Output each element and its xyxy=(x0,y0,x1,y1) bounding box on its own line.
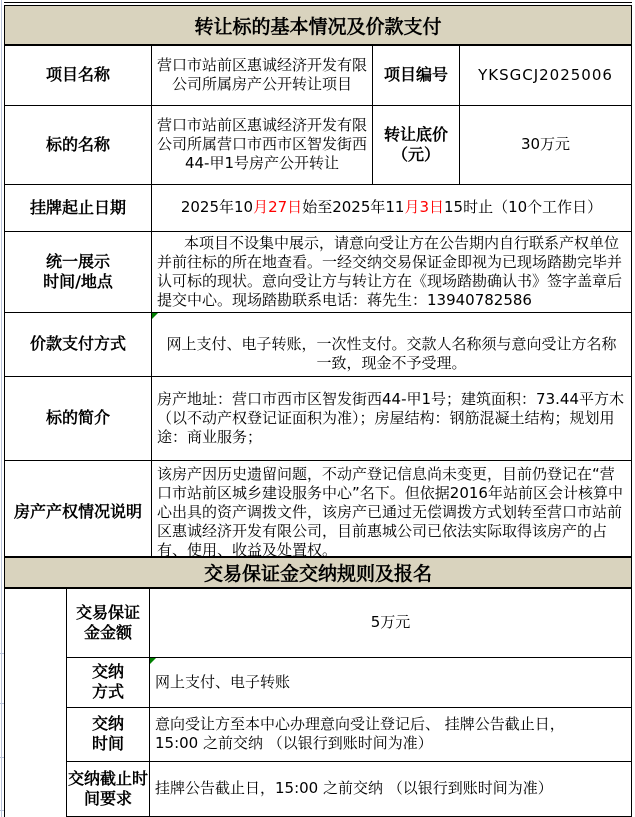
transfer-basic-info-table: 转让标的基本情况及价款支付 项目名称 营口市站前区惠诚经济开发有限 公司所属房产… xyxy=(4,2,632,565)
deposit-method-value: 网上支付、电子转账 xyxy=(150,657,632,707)
deposit-deadline-value: 挂牌公告截止日，15:00 之前交纳 （以银行到账时间为准） xyxy=(150,761,632,816)
spreadsheet-page: 转让标的基本情况及价款支付 项目名称 营口市站前区惠诚经济开发有限 公司所属房产… xyxy=(0,0,635,817)
target-name-value: 营口市站前区惠诚经济开发有限 公司所属营口市西市区智发街西 44-甲1号房产公开… xyxy=(152,105,373,184)
deposit-deadline-label: 交纳截止时 间要求 xyxy=(67,761,150,816)
deposit-amount-value: 5万元 xyxy=(150,588,632,657)
display-time-label: 统一展示 时间/地点 xyxy=(5,231,152,312)
payment-method-label: 价款支付方式 xyxy=(5,312,152,376)
project-code-label: 项目编号 xyxy=(373,45,460,105)
project-name-value: 营口市站前区惠诚经济开发有限 公司所属房产公开转让项目 xyxy=(152,45,373,105)
target-intro-label: 标的简介 xyxy=(5,376,152,460)
deposit-rules-table: 交易保证金交纳规则及报名 交易保证 金金额 5万元 交纳 方式 网上支付、电子转… xyxy=(4,556,632,817)
deposit-amount-label: 交易保证 金金额 xyxy=(67,588,150,657)
display-time-value: 本项目不设集中展示，请意向受让方在公告期内自行联系产权单位并前往标的所在地查看。… xyxy=(152,231,632,312)
deposit-time-value: 意向受让方至本中心办理意向受让登记后、 挂牌公告截止日， 15:00 之前交纳 … xyxy=(150,707,632,761)
left-gridline xyxy=(1,0,2,817)
listing-period-label: 挂牌起止日期 xyxy=(5,184,152,231)
ownership-note-value: 该房产因历史遗留问题，不动产登记信息尚未变更，目前仍登记在“营口市站前区城乡建设… xyxy=(152,460,632,564)
project-code-value: YKSGCJ2025006 xyxy=(460,45,632,105)
section-title-deposit-rules: 交易保证金交纳规则及报名 xyxy=(5,557,632,588)
deposit-method-label: 交纳 方式 xyxy=(67,657,150,707)
comment-indicator-icon xyxy=(152,313,158,319)
deposit-time-label: 交纳 时间 xyxy=(67,707,150,761)
floor-price-value: 30万元 xyxy=(460,105,632,184)
target-intro-value: 房产地址：营口市西市区智发街西44-甲1号；建筑面积：73.44平方木（以不动产… xyxy=(152,376,632,460)
comment-indicator-icon xyxy=(150,658,156,664)
row-group-spacer-cell xyxy=(5,588,67,817)
floor-price-label: 转让底价 （元） xyxy=(373,105,460,184)
ownership-note-label: 房产产权情况说明 xyxy=(5,460,152,564)
listing-period-value: 2025年10月27日始至2025年11月3日15时止（10个工作日） xyxy=(152,184,632,231)
section-title-transfer-info: 转让标的基本情况及价款支付 xyxy=(5,4,632,45)
project-name-label: 项目名称 xyxy=(5,45,152,105)
target-name-label: 标的名称 xyxy=(5,105,152,184)
payment-method-value: 网上支付、电子转账，一次性支付。交款人名称须与意向受让方名称 一致，现金不予受理… xyxy=(152,312,632,376)
